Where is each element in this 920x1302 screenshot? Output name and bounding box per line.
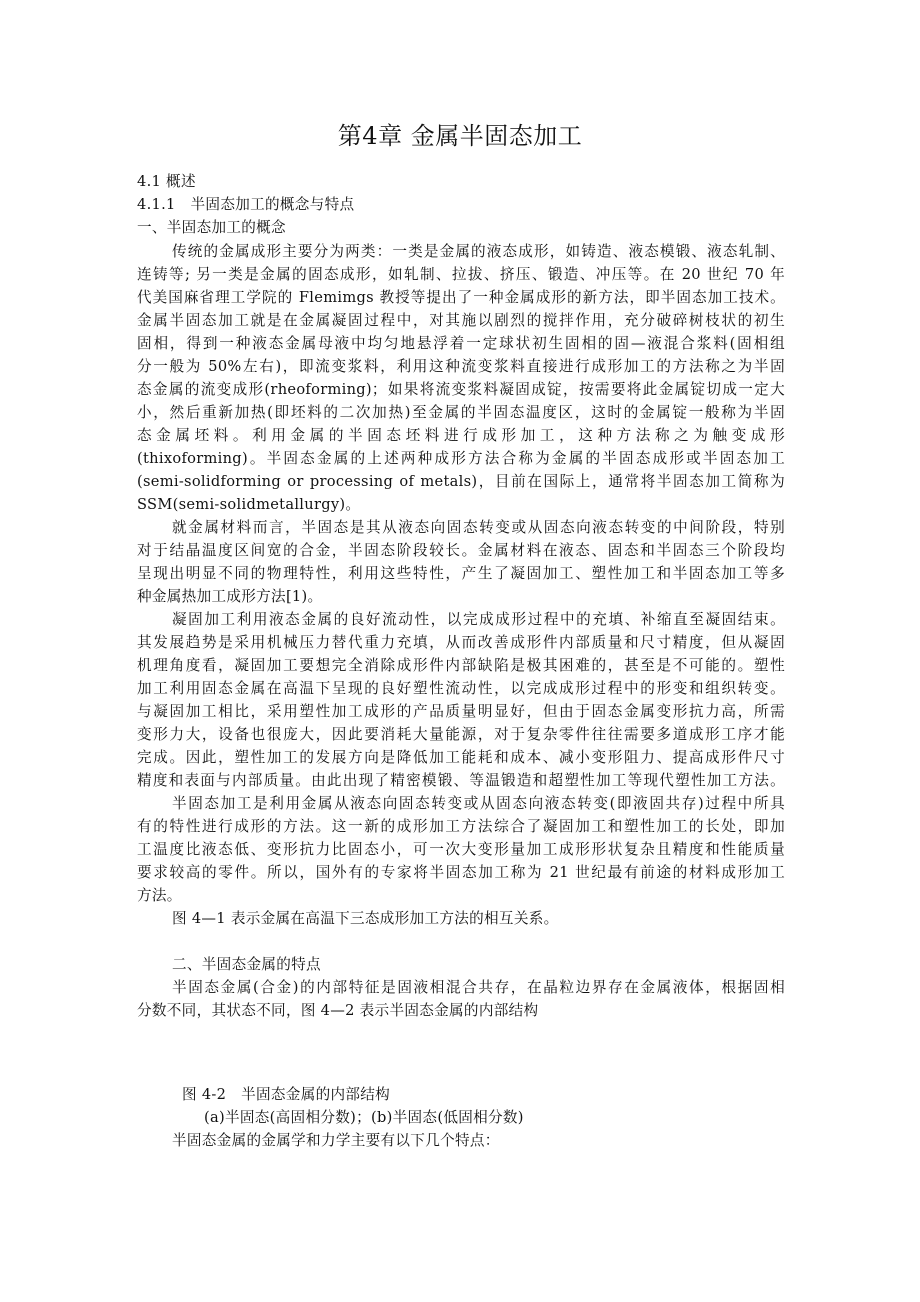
text-line: 与凝固加工相比，采用塑性加工成形的产品质量明显好，但由于固态金属变形抗力高，所需 [137,702,785,722]
text-line: 就金属材料而言，半固态是其从液态向固态转变或从固态向液态转变的中间阶段，特别 [172,518,785,538]
document-page: 第4章 金属半固态加工 4.1 概述4.1.1 半固态加工的概念与特点一、半固态… [0,0,920,1302]
text-line: (a)半固态(高固相分数)；(b)半固态(低固相分数) [204,1108,785,1128]
text-line: 要求较高的零件。所以，国外有的专家将半固态加工称为 21 世纪最有前途的材料成形… [137,863,785,883]
text-line: 4.1 概述 [137,172,785,192]
text-line: 半固态金属的金属学和力学主要有以下几个特点： [172,1131,785,1151]
text-line: (thixoforming)。半固态金属的上述两种成形方法合称为金属的半固态成形… [137,449,785,469]
text-line: 有的特性进行成形的方法。这一新的成形加工方法综合了凝固加工和塑性加工的长处，即加 [137,817,785,837]
text-line: 图 4-2 半固态金属的内部结构 [182,1085,785,1105]
text-line: 图 4—1 表示金属在高温下三态成形加工方法的相互关系。 [172,909,785,929]
text-line: 变形力大，设备也很庞大，因此要消耗大量能源，对于复杂零件往往需要多道成形工序才能 [137,725,785,745]
text-line: 分一般为 50%左右)，即流变浆料，利用这种流变浆料直接进行成形加工的方法称之为… [137,357,785,377]
text-line: 4.1.1 半固态加工的概念与特点 [137,195,785,215]
text-line: 态金属坯料。利用金属的半固态坯料进行成形加工，这种方法称之为触变成形 [137,426,785,446]
text-line: 加工利用固态金属在高温下呈现的良好塑性流动性，以完成成形过程中的形变和组织转变。 [137,679,785,699]
text-line: 态金属的流变成形(rheoforming)；如果将流变浆料凝固成锭，按需要将此金… [137,380,785,400]
text-line: 小，然后重新加热(即坯料的二次加热)至金属的半固态温度区，这时的金属锭一般称为半… [137,403,785,423]
text-line: 对于结晶温度区间宽的合金，半固态阶段较长。金属材料在液态、固态和半固态三个阶段均 [137,541,785,561]
text-line: 其发展趋势是采用机械压力替代重力充填，从而改善成形件内部质量和尺寸精度，但从凝固 [137,633,785,653]
text-line: 半固态金属(合金)的内部特征是固液相混合共存，在晶粒边界存在金属液体，根据固相 [172,978,785,998]
text-line: 连铸等; 另一类是金属的固态成形，如轧制、拉拔、挤压、锻造、冲压等。在 20 世… [137,265,785,285]
text-line: 金属半固态加工就是在金属凝固过程中，对其施以剧烈的搅拌作用，充分破碎树枝状的初生 [137,311,785,331]
text-line: 工温度比液态低、变形抗力比固态小，可一次大变形量加工成形形状复杂且精度和性能质量 [137,840,785,860]
text-line: 二、半固态金属的特点 [172,955,785,975]
text-line: 代美国麻省理工学院的 Flemimgs 教授等提出了一种金属成形的新方法，即半固… [137,288,785,308]
text-line: 传统的金属成形主要分为两类：一类是金属的液态成形，如铸造、液态模锻、液态轧制、 [172,242,785,262]
text-line: 固相，得到一种液态金属母液中均匀地悬浮着一定球状初生固相的固—液混合浆料(固相组 [137,334,785,354]
text-line: 完成。因此，塑性加工的发展方向是降低加工能耗和成本、减小变形阻力、提高成形件尺寸 [137,748,785,768]
text-line: (semi-solidforming or processing of meta… [137,472,785,492]
text-line: 方法。 [137,886,785,906]
text-line: 一、半固态加工的概念 [137,218,785,238]
text-line: 精度和表面与内部质量。由此出现了精密模锻、等温锻造和超塑性加工等现代塑性加工方法… [137,771,785,791]
text-line: 凝固加工利用液态金属的良好流动性，以完成成形过程中的充填、补缩直至凝固结束。 [172,610,785,630]
text-line: 分数不同，其状态不同，图 4—2 表示半固态金属的内部结构 [137,1001,785,1021]
chapter-title: 第4章 金属半固态加工 [0,120,920,152]
text-line: SSM(semi-solidmetallurgy)。 [137,495,785,515]
text-line: 种金属热加工成形方法[1)。 [137,587,785,607]
text-line: 半固态加工是利用金属从液态向固态转变或从固态向液态转变(即液固共存)过程中所具 [172,794,785,814]
text-line: 呈现出明显不同的物理特性，利用这些特性，产生了凝固加工、塑性加工和半固态加工等多 [137,564,785,584]
text-line: 机理角度看，凝固加工要想完全消除成形件内部缺陷是极其困难的，甚至是不可能的。塑性 [137,656,785,676]
